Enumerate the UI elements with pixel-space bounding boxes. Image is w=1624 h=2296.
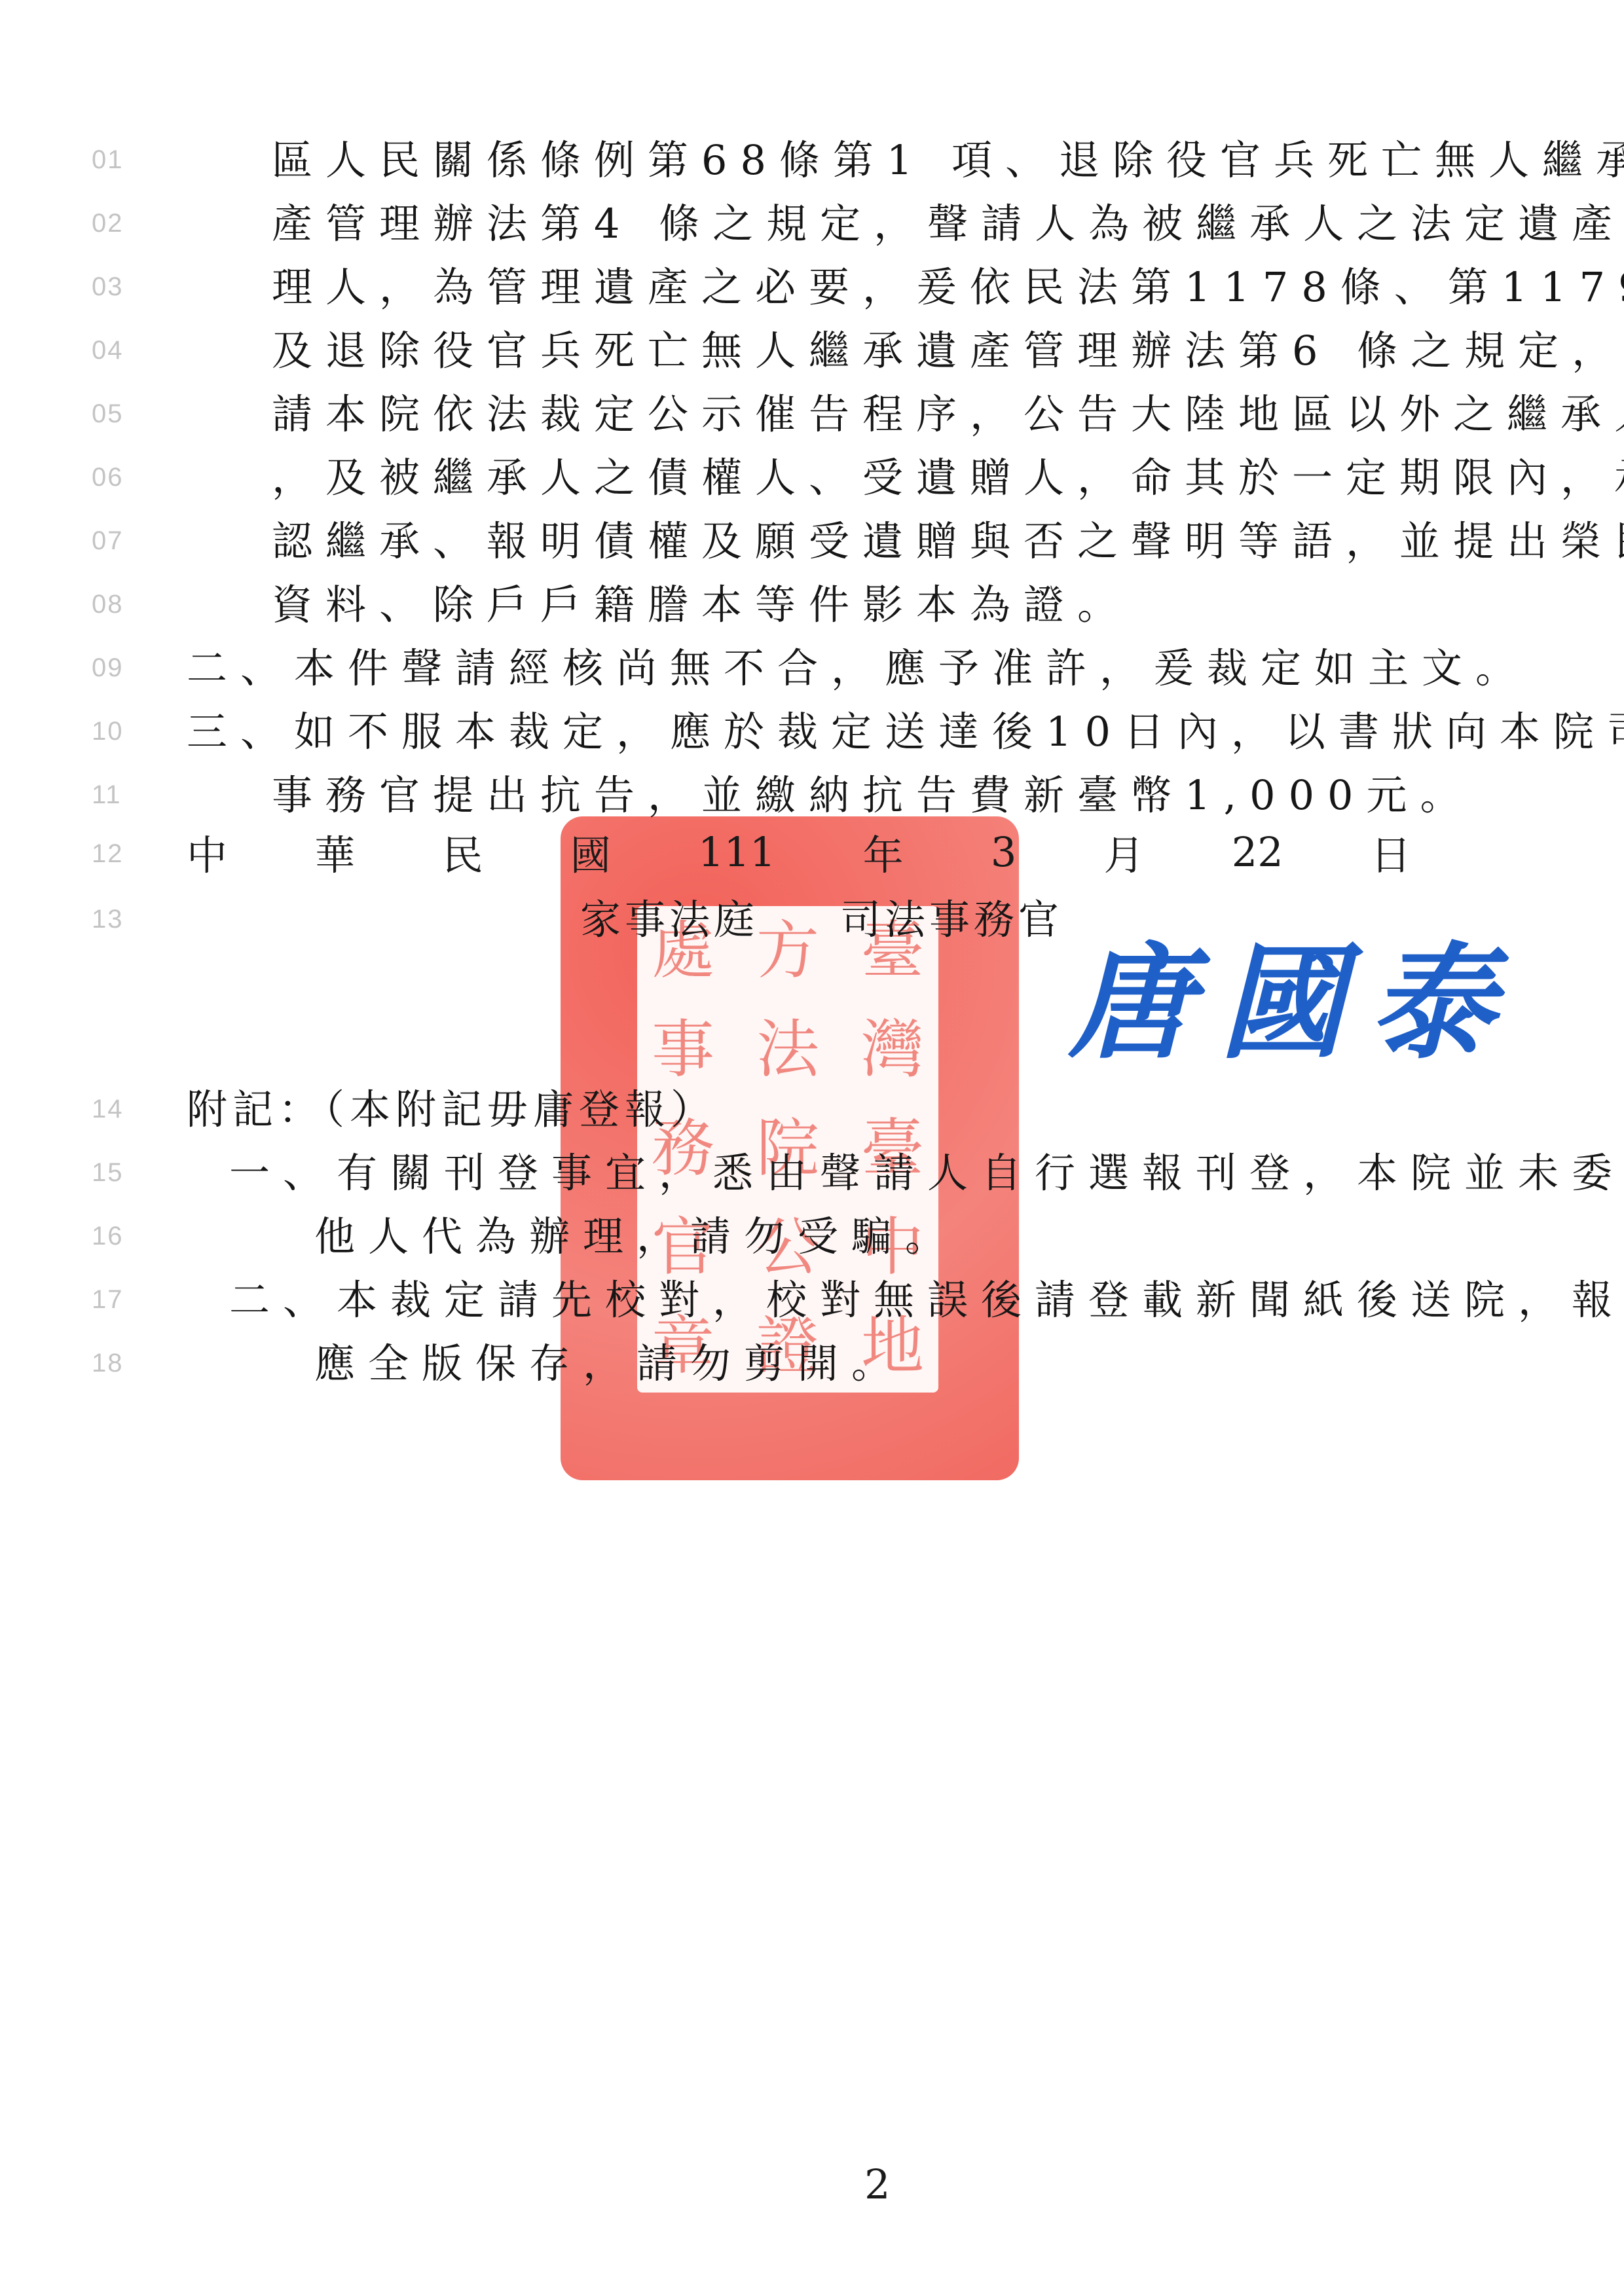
item-three-line-1: 三、如不服本裁定，應於裁定送達後10日內，以書狀向本院司法 [187, 700, 1624, 763]
item-two: 二、本件聲請經核尚無不合，應予准許，爰裁定如主文。 [187, 636, 1529, 700]
line-number: 14 [92, 1078, 138, 1141]
date-line: 中 華 民 國 111 年 3 月 22 日 [187, 820, 1411, 884]
note-heading: 附記：（本附記毋庸登報） [187, 1078, 716, 1141]
signature-char: 唐 [1069, 903, 1193, 1041]
date-month: 3 [991, 828, 1016, 876]
officer-signature-stamp: 唐 國 泰 [1069, 903, 1494, 1041]
date-part: 年 [863, 823, 904, 881]
date-part: 國 [570, 823, 611, 881]
date-part: 日 [1371, 823, 1411, 881]
body-line: 產管理辦法第4 條之規定，聲請人為被繼承人之法定遺產管 [272, 192, 1624, 255]
body-line: 認繼承、報明債權及願受遺贈與否之聲明等語，並提出榮民 [272, 509, 1624, 573]
item-three-line-2: 事務官提出抗告，並繳納抗告費新臺幣1,000元。 [272, 763, 1474, 827]
line-number: 15 [92, 1141, 138, 1205]
line-number: 13 [92, 888, 138, 951]
line-number: 04 [92, 319, 138, 382]
line-number: 16 [92, 1205, 138, 1268]
body-line: 理人，為管理遺產之必要，爰依民法第1178條、第1179條， [272, 255, 1624, 319]
note-item-2-line-1: 二、本裁定請先校對，校對無誤後請登載新聞紙後送院，報紙 [229, 1268, 1624, 1332]
page-number: 2 [864, 2160, 890, 2208]
note-item-1-line-2: 他人代為辦理，請勿受騙。 [314, 1205, 959, 1268]
body-line: 及退除役官兵死亡無人繼承遺產管理辦法第6 條之規定，聲 [272, 319, 1624, 382]
court-division: 家事法庭 [580, 888, 758, 951]
body-line: 區人民關係條例第68條第1 項、退除役官兵死亡無人繼承遺 [272, 128, 1624, 192]
officer-title: 司法事務官 [840, 888, 1063, 951]
line-number: 07 [92, 509, 138, 573]
date-year: 111 [698, 828, 775, 876]
date-day: 22 [1232, 828, 1283, 876]
line-number: 11 [92, 763, 138, 827]
body-line: 資料、除戶戶籍謄本等件影本為證。 [272, 573, 1131, 636]
line-number: 18 [92, 1332, 138, 1395]
line-number: 12 [92, 822, 138, 886]
date-part: 華 [314, 823, 355, 881]
line-number: 17 [92, 1268, 138, 1332]
line-number: 02 [92, 192, 138, 255]
date-part: 月 [1104, 823, 1145, 881]
line-number: 03 [92, 255, 138, 319]
line-number: 06 [92, 446, 138, 509]
body-line: ，及被繼承人之債權人、受遺贈人，命其於一定期限內，承 [272, 446, 1624, 509]
line-number: 01 [92, 128, 138, 192]
note-item-1-line-1: 一、有關刊登事宜，悉由聲請人自行選報刊登，本院並未委託 [229, 1141, 1624, 1205]
date-part: 民 [443, 823, 483, 881]
date-part: 中 [187, 823, 227, 881]
document-page: 01 02 03 04 05 06 07 08 09 10 11 12 13 1… [0, 0, 1624, 2296]
line-number: 05 [92, 382, 138, 446]
signature-char: 國 [1219, 903, 1344, 1041]
note-item-2-line-2: 應全版保存，請勿剪開。 [314, 1332, 905, 1395]
line-number: 08 [92, 573, 138, 636]
body-line: 請本院依法裁定公示催告程序，公告大陸地區以外之繼承人 [272, 382, 1624, 446]
line-number: 09 [92, 636, 138, 700]
line-number: 10 [92, 700, 138, 763]
signature-char: 泰 [1370, 903, 1494, 1041]
